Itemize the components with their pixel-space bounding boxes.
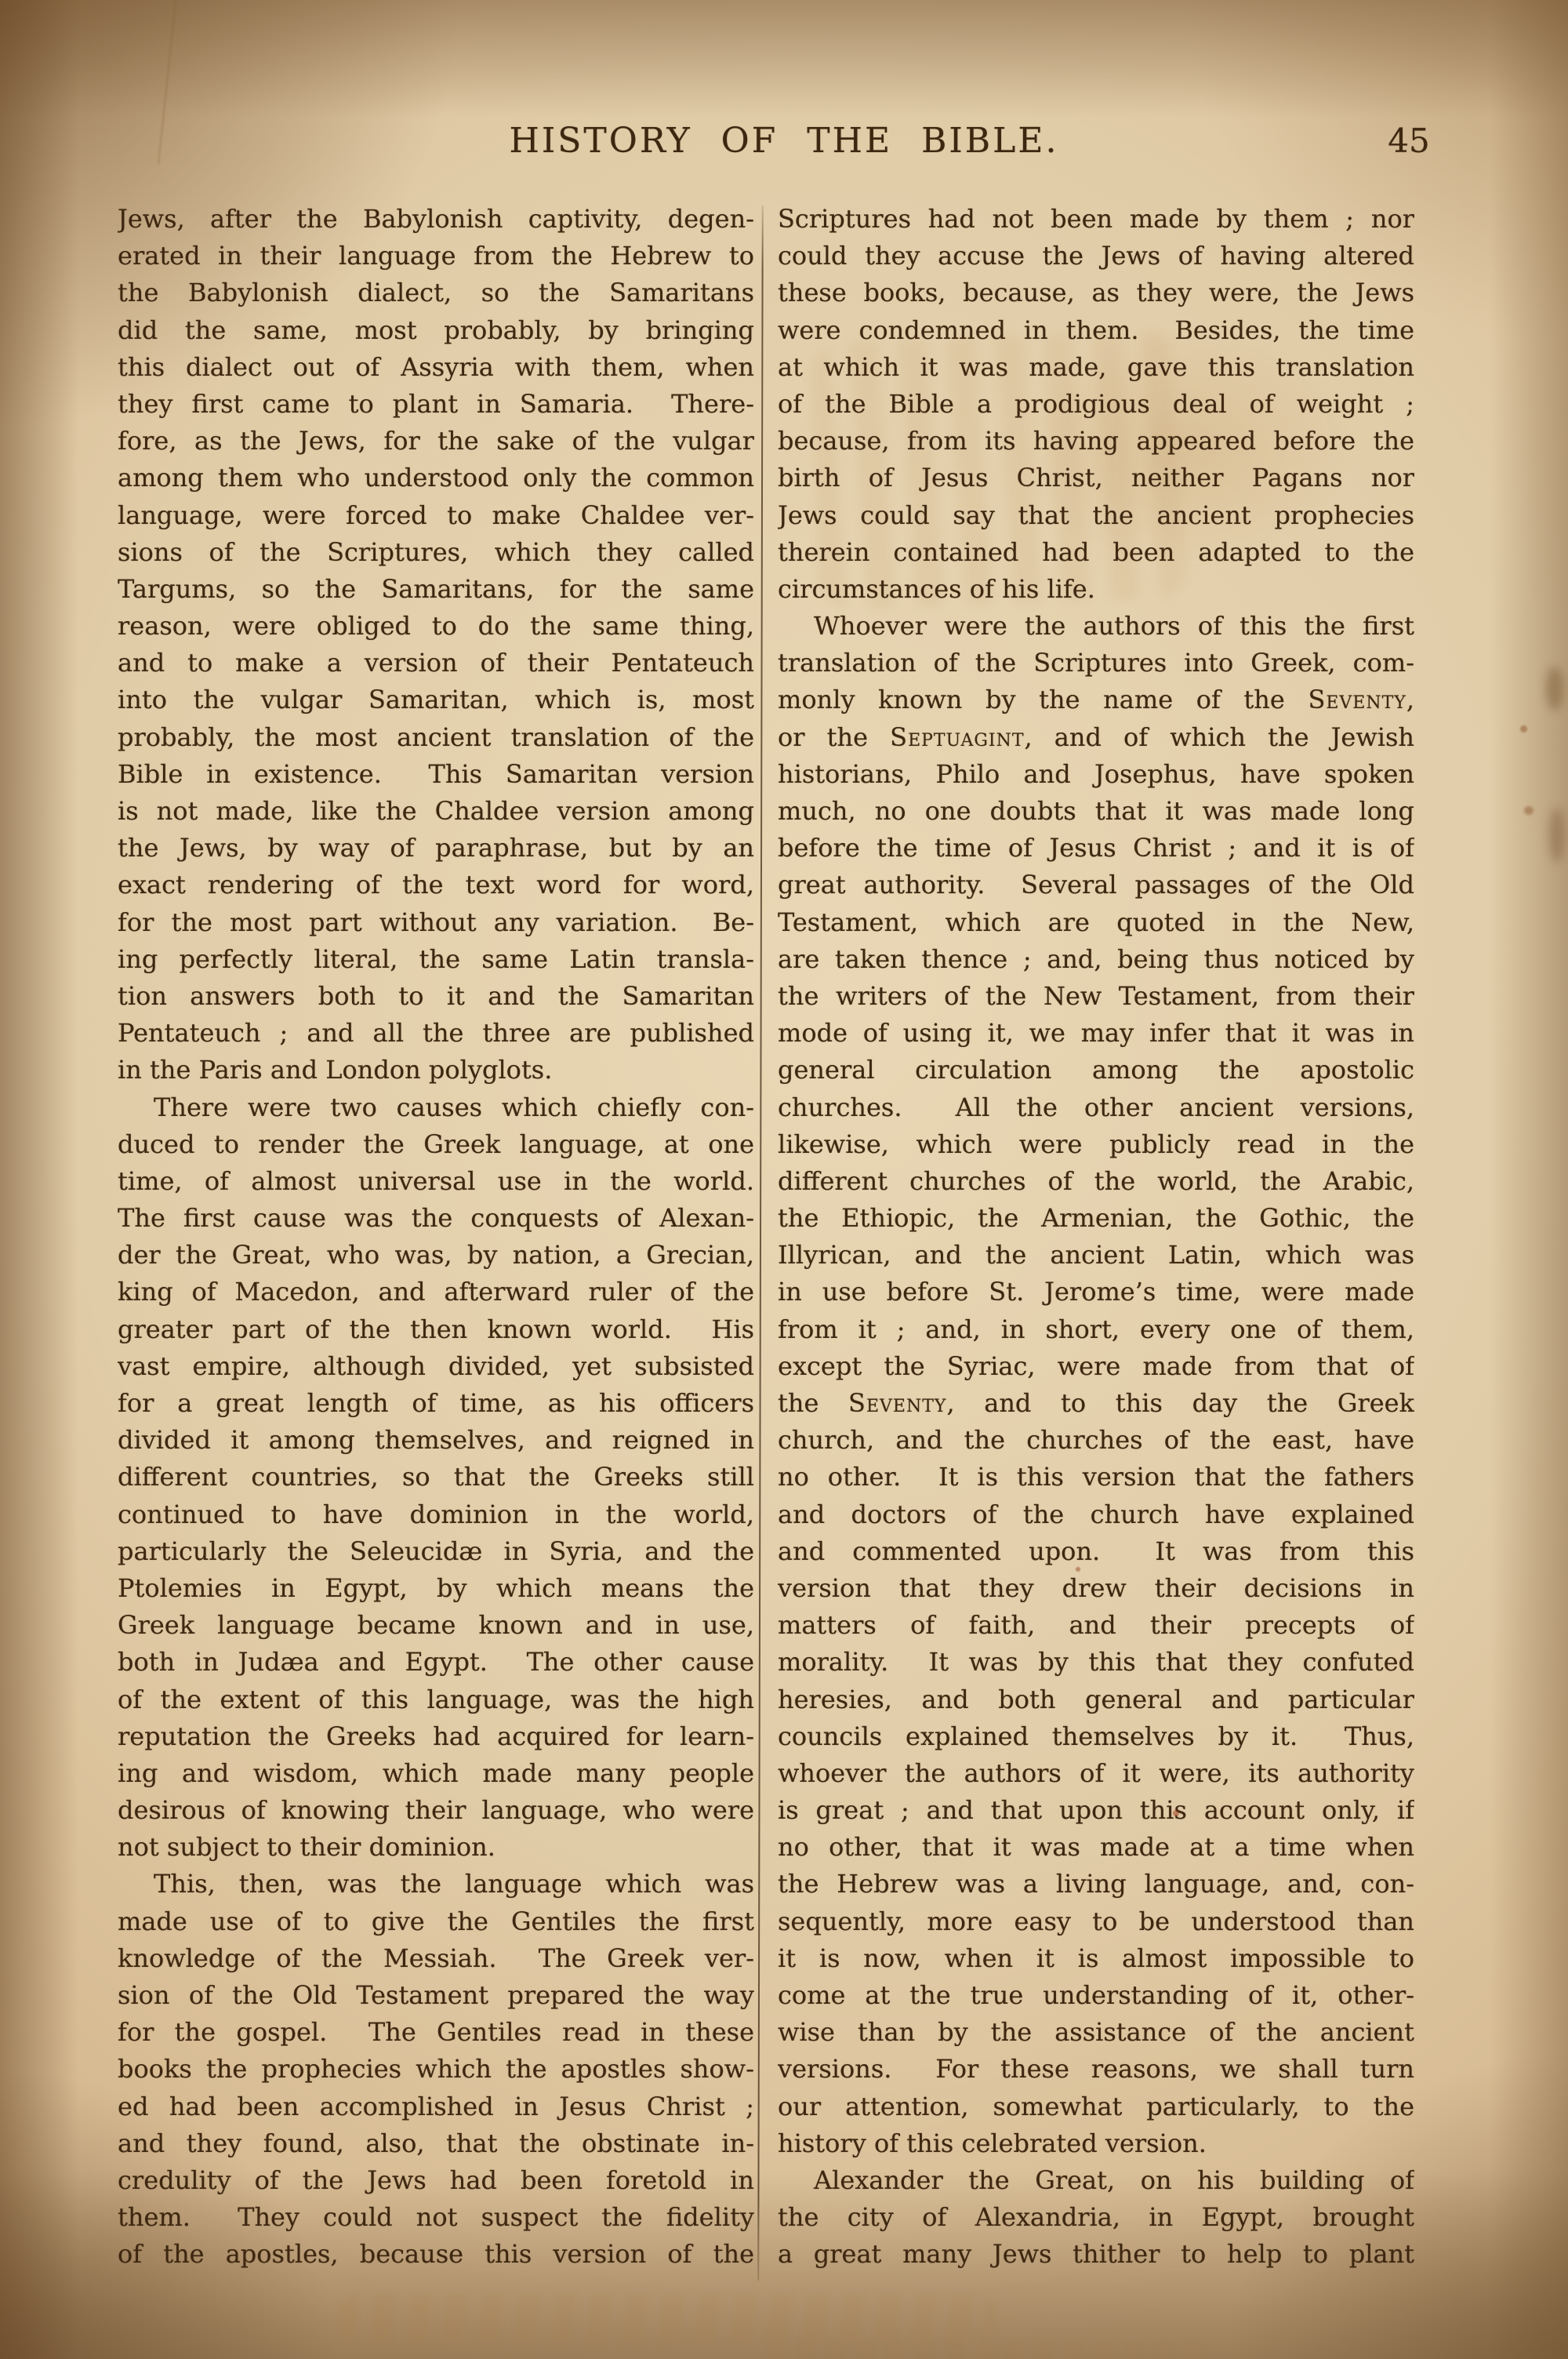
- text-line: the city of Alexandria, in Egypt, brough…: [778, 2199, 1414, 2236]
- text-line: before the time of Jesus Christ ; and it…: [778, 830, 1414, 867]
- text-line: Greek language became known and in use,: [118, 1607, 754, 1644]
- text-line: therein contained had been adapted to th…: [778, 534, 1414, 571]
- text-line: did the same, most probably, by bringing: [118, 312, 754, 349]
- text-line: are taken thence ; and, being thus notic…: [778, 941, 1414, 978]
- text-line: except the Syriac, were made from that o…: [778, 1348, 1414, 1385]
- text-line: general circulation among the apostolic: [778, 1052, 1414, 1089]
- text-line: much, no one doubts that it was made lon…: [778, 793, 1414, 830]
- text-line: from it ; and, in short, every one of th…: [778, 1311, 1414, 1348]
- text-line: Whoever were the authors of this the fir…: [778, 608, 1414, 645]
- text-line: the Hebrew was a living language, and, c…: [778, 1866, 1414, 1903]
- text-line: different countries, so that the Greeks …: [118, 1459, 754, 1496]
- text-line: duced to render the Greek language, at o…: [118, 1126, 754, 1163]
- text-line: The first cause was the conquests of Ale…: [118, 1200, 754, 1237]
- text-line: it is now, when it is almost impossible …: [778, 1940, 1414, 1977]
- text-line: ed had been accomplished in Jesus Christ…: [118, 2088, 754, 2125]
- text-line: greater part of the then known world. Hi…: [118, 1311, 754, 1348]
- text-line: they first came to plant in Samaria. The…: [118, 386, 754, 423]
- text-line: time, of almost universal use in the wor…: [118, 1163, 754, 1200]
- text-line: and they found, also, that the obstinate…: [118, 2125, 754, 2162]
- text-line: ing perfectly literal, the same Latin tr…: [118, 941, 754, 978]
- text-line: for a great length of time, as his offic…: [118, 1385, 754, 1422]
- text-line: in use before St. Jerome’s time, were ma…: [778, 1274, 1414, 1310]
- text-line: Targums, so the Samaritans, for the same: [118, 571, 754, 608]
- text-line: is great ; and that upon this account on…: [778, 1792, 1414, 1829]
- text-line: morality. It was by this that they confu…: [778, 1644, 1414, 1681]
- text-line: sions of the Scriptures, which they call…: [118, 534, 754, 571]
- text-line: matters of faith, and their precepts of: [778, 1607, 1414, 1644]
- text-line: these books, because, as they were, the …: [778, 274, 1414, 311]
- text-line: fore, as the Jews, for the sake of the v…: [118, 423, 754, 460]
- text-line: of the Bible a prodigious deal of weight…: [778, 386, 1414, 423]
- text-line: not subject to their dominion.: [118, 1829, 754, 1866]
- bleed-through-smudge: [768, 2341, 1207, 2359]
- text-line: and to make a version of their Pentateuc…: [118, 645, 754, 682]
- text-line: knowledge of the Messiah. The Greek ver-: [118, 1940, 754, 1977]
- text-line: Testament, which are quoted in the New,: [778, 904, 1414, 941]
- text-line: of the extent of this language, was the …: [118, 1681, 754, 1718]
- text-line: the Ethiopic, the Armenian, the Gothic, …: [778, 1200, 1414, 1237]
- text-line: no other. It is this version that the fa…: [778, 1459, 1414, 1496]
- text-line: desirous of knowing their language, who …: [118, 1792, 754, 1829]
- text-line: into the vulgar Samaritan, which is, mos…: [118, 682, 754, 718]
- text-line: church, and the churches of the east, ha…: [778, 1422, 1414, 1459]
- text-line: them. They could not suspect the fidelit…: [118, 2199, 754, 2236]
- text-line: is not made, like the Chaldee version am…: [118, 793, 754, 830]
- text-line: wise than by the assistance of the ancie…: [778, 2014, 1414, 2051]
- text-line: ing and wisdom, which made many people: [118, 1755, 754, 1792]
- text-line: among them who understood only the commo…: [118, 460, 754, 496]
- text-line: This, then, was the language which was: [118, 1866, 754, 1903]
- text-column-left: Jews, after the Babylonish captivity, de…: [118, 201, 754, 2274]
- text-line: circumstances of his life.: [778, 571, 1414, 608]
- text-line: the Jews, by way of paraphrase, but by a…: [118, 830, 754, 867]
- small-caps-word: Seventy: [848, 1388, 946, 1418]
- text-line: monly known by the name of the Seventy,: [778, 682, 1414, 718]
- text-line: exact rendering of the text word for wor…: [118, 867, 754, 903]
- text-line: versions. For these reasons, we shall tu…: [778, 2051, 1414, 2088]
- text-line: and commented upon. It was from this: [778, 1533, 1414, 1570]
- text-line: continued to have dominion in the world,: [118, 1496, 754, 1533]
- text-line: vast empire, although divided, yet subsi…: [118, 1348, 754, 1385]
- text-line: credulity of the Jews had been foretold …: [118, 2162, 754, 2199]
- text-line: sion of the Old Testament prepared the w…: [118, 1977, 754, 2014]
- text-line: councils explained themselves by it. Thu…: [778, 1718, 1414, 1755]
- small-caps-word: Septuagint: [890, 722, 1024, 752]
- text-column-right: Scriptures had not been made by them ; n…: [778, 201, 1414, 2274]
- text-line: tion answers both to it and the Samarita…: [118, 978, 754, 1015]
- text-line: the Babylonish dialect, so the Samaritan…: [118, 274, 754, 311]
- text-line: history of this celebrated version.: [778, 2125, 1414, 2162]
- text-line: sequently, more easy to be understood th…: [778, 1903, 1414, 1940]
- text-line: the Seventy, and to this day the Greek: [778, 1385, 1414, 1422]
- text-line: churches. All the other ancient versions…: [778, 1089, 1414, 1126]
- text-line: the writers of the New Testament, from t…: [778, 978, 1414, 1015]
- column-divider-rule: [757, 205, 764, 2281]
- edge-smudge: [1549, 808, 1565, 863]
- text-line: Bible in existence. This Samaritan versi…: [118, 756, 754, 793]
- paper-speck: [1520, 725, 1527, 732]
- page-number: 45: [1366, 119, 1452, 163]
- bleed-through-smudge: [335, 2294, 997, 2343]
- text-line: Illyrican, and the ancient Latin, which …: [778, 1237, 1414, 1274]
- text-line: or the Septuagint, and of which the Jewi…: [778, 719, 1414, 756]
- text-line: reason, were obliged to do the same thin…: [118, 608, 754, 645]
- text-line: of the apostles, because this version of…: [118, 2236, 754, 2273]
- text-line: Alexander the Great, on his building of: [778, 2162, 1414, 2199]
- text-line: Jews, after the Babylonish captivity, de…: [118, 201, 754, 238]
- text-line: this dialect out of Assyria with them, w…: [118, 349, 754, 386]
- text-line: books the prophecies which the apostles …: [118, 2051, 754, 2088]
- text-line: translation of the Scriptures into Greek…: [778, 645, 1414, 682]
- text-line: version that they drew their decisions i…: [778, 1570, 1414, 1607]
- text-line: historians, Philo and Josephus, have spo…: [778, 756, 1414, 793]
- text-line: der the Great, who was, by nation, a Gre…: [118, 1237, 754, 1274]
- text-line: made use of to give the Gentiles the fir…: [118, 1903, 754, 1940]
- text-line: heresies, and both general and particula…: [778, 1681, 1414, 1718]
- text-line: a great many Jews thither to help to pla…: [778, 2236, 1414, 2273]
- text-line: could they accuse the Jews of having alt…: [778, 238, 1414, 274]
- text-line: because, from its having appeared before…: [778, 423, 1414, 460]
- text-line: king of Macedon, and afterward ruler of …: [118, 1274, 754, 1310]
- small-caps-word: Seventy: [1308, 685, 1406, 714]
- text-line: There were two causes which chiefly con-: [118, 1089, 754, 1126]
- text-line: Ptolemies in Egypt, by which means the: [118, 1570, 754, 1607]
- text-line: divided it among themselves, and reigned…: [118, 1422, 754, 1459]
- text-line: come at the true understanding of it, ot…: [778, 1977, 1414, 2014]
- edge-smudge: [1546, 667, 1563, 711]
- text-line: likewise, which were publicly read in th…: [778, 1126, 1414, 1163]
- text-line: in the Paris and London polyglots.: [118, 1052, 754, 1089]
- text-line: erated in their language from the Hebrew…: [118, 238, 754, 274]
- text-line: language, were forced to make Chaldee ve…: [118, 497, 754, 534]
- text-line: for the gospel. The Gentiles read in the…: [118, 2014, 754, 2051]
- text-line: both in Judæa and Egypt. The other cause: [118, 1644, 754, 1681]
- text-line: were condemned in them. Besides, the tim…: [778, 312, 1414, 349]
- page-title: HISTORY OF THE BIBLE.: [0, 119, 1568, 163]
- text-line: reputation the Greeks had acquired for l…: [118, 1718, 754, 1755]
- text-line: whoever the authors of it were, its auth…: [778, 1755, 1414, 1792]
- text-line: probably, the most ancient translation o…: [118, 719, 754, 756]
- text-line: particularly the Seleucidæ in Syria, and…: [118, 1533, 754, 1570]
- book-page-scan: HISTORY OF THE BIBLE. 45 Jews, after the…: [0, 0, 1568, 2359]
- text-line: mode of using it, we may infer that it w…: [778, 1015, 1414, 1052]
- text-line: Scriptures had not been made by them ; n…: [778, 201, 1414, 238]
- text-line: great authority. Several passages of the…: [778, 867, 1414, 903]
- text-line: Jews could say that the ancient propheci…: [778, 497, 1414, 534]
- text-line: no other, that it was made at a time whe…: [778, 1829, 1414, 1866]
- text-line: at which it was made, gave this translat…: [778, 349, 1414, 386]
- text-line: different churches of the world, the Ara…: [778, 1163, 1414, 1200]
- text-line: our attention, somewhat particularly, to…: [778, 2088, 1414, 2125]
- text-line: Pentateuch ; and all the three are publi…: [118, 1015, 754, 1052]
- text-line: and doctors of the church have explained: [778, 1496, 1414, 1533]
- text-line: birth of Jesus Christ, neither Pagans no…: [778, 460, 1414, 496]
- paper-speck: [1524, 806, 1534, 815]
- text-line: for the most part without any variation.…: [118, 904, 754, 941]
